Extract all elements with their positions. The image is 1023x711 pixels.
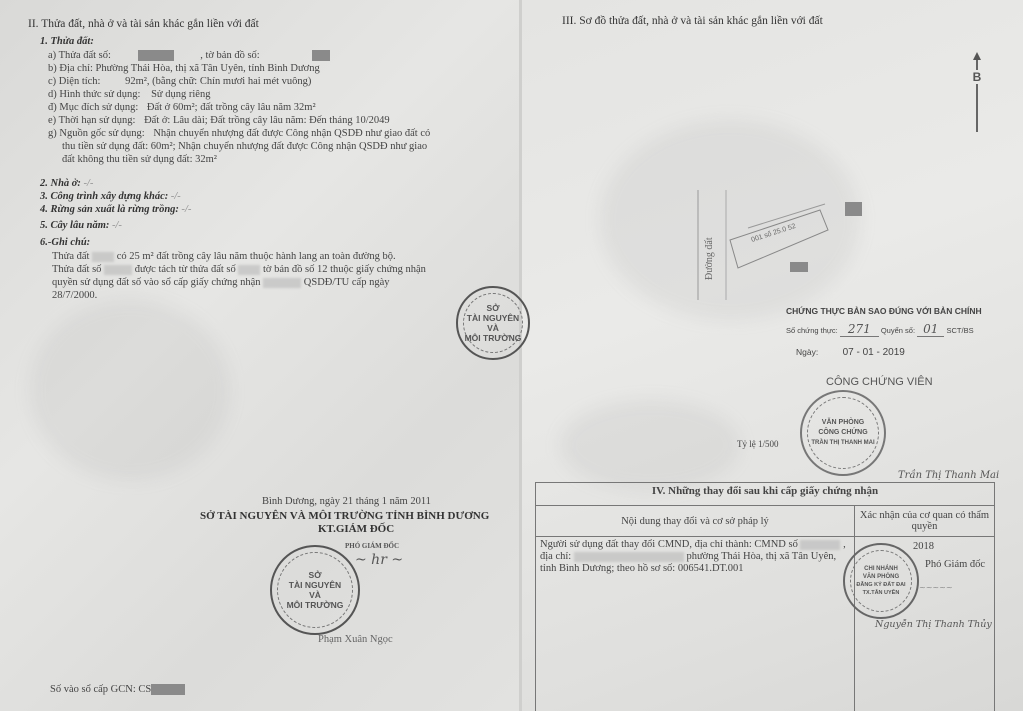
stamp-text: CÔNG CHỨNG bbox=[818, 428, 867, 438]
origin-label: g) Nguồn gốc sử dụng: bbox=[48, 128, 145, 139]
usage-purpose-label: đ) Mục đích sử dụng: bbox=[48, 102, 138, 113]
notes-text: Thửa đất bbox=[52, 251, 89, 262]
certification-date-label: Ngày: bbox=[796, 347, 818, 357]
certification-title: CHỨNG THỰC BẢN SAO ĐÚNG VỚI BẢN CHÍNH bbox=[786, 306, 982, 316]
notary-signature: Trần Thị Thanh Mai bbox=[898, 470, 999, 481]
changes-column-content: Nội dung thay đổi và cơ sở pháp lý bbox=[536, 506, 855, 537]
other-construction-row: 3. Công trình xây dựng khác: -/- bbox=[40, 191, 181, 203]
redacted-text bbox=[800, 540, 840, 550]
other-construction-heading: 3. Công trình xây dựng khác: bbox=[40, 191, 168, 202]
certification-date-row: Ngày: 07 - 01 - 2019 bbox=[796, 347, 905, 358]
house-value: -/- bbox=[84, 178, 94, 189]
address-row: b) Địa chỉ: Phường Thái Hòa, thị xã Tân … bbox=[48, 63, 320, 75]
change-confirmation-cell: CHI NHÁNH VĂN PHÒNG ĐĂNG KÝ ĐẤT ĐAI TX.T… bbox=[855, 537, 995, 711]
stamp-text: TX.TÂN UYÊN bbox=[863, 589, 900, 597]
book-label: Quyển số: bbox=[881, 326, 915, 335]
compass-arrowhead-icon bbox=[973, 52, 981, 60]
redacted-text bbox=[104, 265, 132, 275]
scan-smudge bbox=[560, 400, 740, 490]
forest-row: 4. Rừng sản xuất là rừng trồng: -/- bbox=[40, 204, 191, 216]
stamp-text: TÀI NGUYÊN bbox=[289, 580, 341, 590]
notes-text: được tách từ thửa đất số bbox=[135, 264, 236, 275]
notes-text: quyền sử dụng đất số vào sổ cấp giấy chứ… bbox=[52, 277, 261, 288]
usage-term-value: Đất ở: Lâu dài; Đất trồng cây lâu năm: Đ… bbox=[144, 115, 390, 126]
confirmation-role: Phó Giám đốc bbox=[925, 559, 985, 571]
road-label: Đường đất bbox=[704, 237, 715, 280]
usage-form-label: d) Hình thức sử dụng: bbox=[48, 89, 140, 100]
registry-label: Số vào sổ cấp GCN: CS bbox=[50, 684, 151, 695]
perennial-heading: 5. Cây lâu năm: bbox=[40, 220, 109, 231]
certification-date-value: 07 - 01 - 2019 bbox=[843, 347, 905, 358]
signer-role: KT.GIÁM ĐỐC bbox=[318, 523, 394, 535]
director-signature: ~ hr ~ bbox=[355, 552, 403, 568]
stamp-text: MÔI TRƯỜNG bbox=[465, 333, 522, 343]
notes-text: QSDĐ/TU cấp ngày bbox=[304, 277, 390, 288]
notes-line-1: Thửa đất có 25 m² đất trồng cây lâu năm … bbox=[52, 251, 396, 263]
other-construction-value: -/- bbox=[171, 191, 181, 202]
stamp-text: VĂN PHÒNG bbox=[863, 573, 899, 581]
forest-value: -/- bbox=[182, 204, 192, 215]
redacted-text bbox=[263, 278, 301, 288]
origin-line-1: Nhận chuyển nhượng đất được Công nhận QS… bbox=[153, 128, 430, 139]
perennial-value: -/- bbox=[112, 220, 122, 231]
section-ii-title: II. Thửa đất, nhà ở và tài sản khác gắn … bbox=[28, 18, 259, 30]
notes-line-3: quyền sử dụng đất số vào sổ cấp giấy chứ… bbox=[52, 277, 390, 289]
stamp-text: VĂN PHÒNG bbox=[822, 418, 864, 428]
parcel-label: 001 số 25.0 52 bbox=[750, 221, 797, 244]
notary-label: CÔNG CHỨNG VIÊN bbox=[826, 376, 933, 388]
stamp-text: SỞ bbox=[309, 570, 322, 580]
perennial-row: 5. Cây lâu năm: -/- bbox=[40, 220, 122, 232]
notes-text: Thửa đất số bbox=[52, 264, 101, 275]
book-suffix: SCT/BS bbox=[947, 326, 974, 335]
notes-heading: 6.-Ghi chú: bbox=[40, 237, 90, 249]
area-row: c) Diện tích: 92m², (bằng chữ: Chín mươi… bbox=[48, 76, 311, 88]
registry-number-row: Số vào sổ cấp GCN: CS bbox=[50, 684, 185, 696]
north-arrow: B bbox=[970, 52, 984, 132]
area-label: c) Diện tích: bbox=[48, 76, 100, 87]
origin-line-3: đất không thu tiền sử dụng đất: 32m² bbox=[62, 154, 217, 166]
section-iii-title: III. Sơ đồ thửa đất, nhà ở và tài sản kh… bbox=[562, 15, 823, 27]
signer-name: Phạm Xuân Ngọc bbox=[318, 634, 393, 646]
confirmation-date: 2018 bbox=[913, 541, 934, 553]
changes-column-confirmation: Xác nhận của cơ quan có thẩm quyền bbox=[855, 506, 995, 537]
parcel-diagram: Đường đất 001 số 25.0 52 bbox=[690, 190, 880, 300]
stamp-text: TRẦN THỊ THANH MAI bbox=[811, 438, 874, 448]
branch-office-stamp: CHI NHÁNH VĂN PHÒNG ĐĂNG KÝ ĐẤT ĐAI TX.T… bbox=[843, 543, 919, 619]
stamp-text: VÀ bbox=[309, 590, 321, 600]
certification-number-value: 271 bbox=[840, 322, 879, 337]
stamp-text: CHI NHÁNH bbox=[864, 565, 898, 573]
usage-term-row: e) Thời hạn sử dụng: Đất ở: Lâu dài; Đất… bbox=[48, 115, 390, 127]
change-content-cell: Người sử dụng đất thay đổi CMND, địa chỉ… bbox=[536, 537, 855, 711]
redacted-parcel-number bbox=[138, 50, 174, 61]
area-value: 92m², (bằng chữ: Chín mươi hai mét vuông… bbox=[125, 76, 311, 87]
scan-smudge bbox=[30, 300, 230, 480]
signer-sub-role: PHÓ GIÁM ĐỐC bbox=[345, 540, 399, 552]
usage-form-row: d) Hình thức sử dụng: Sử dụng riêng bbox=[48, 89, 210, 101]
redacted-registry-number bbox=[151, 684, 185, 695]
book-value: 01 bbox=[917, 322, 944, 337]
certification-number-row: Số chứng thực: 271 Quyển số: 01 SCT/BS bbox=[786, 322, 974, 336]
usage-form-value: Sử dụng riêng bbox=[151, 89, 210, 100]
notes-line-2: Thửa đất số được tách từ thửa đất số tờ … bbox=[52, 264, 426, 276]
stamp-text: ĐĂNG KÝ ĐẤT ĐAI bbox=[856, 581, 905, 589]
certification-number-label: Số chứng thực: bbox=[786, 326, 838, 335]
redacted-text bbox=[92, 252, 114, 262]
notary-stamp: VĂN PHÒNG CÔNG CHỨNG TRẦN THỊ THANH MAI bbox=[800, 390, 886, 476]
stamp-text: VÀ bbox=[487, 323, 499, 333]
stamp-text: SỞ bbox=[487, 303, 500, 313]
confirmation-signature-mark: ~~~~~ bbox=[919, 583, 953, 592]
agency-stamp-top: SỞ TÀI NGUYÊN VÀ MÔI TRƯỜNG bbox=[456, 286, 530, 360]
issuing-agency: SỞ TÀI NGUYÊN VÀ MÔI TRƯỜNG TỈNH BÌNH DƯ… bbox=[200, 510, 489, 522]
land-heading: 1. Thửa đất: bbox=[40, 36, 94, 48]
notes-text: tờ bản đồ số 12 thuộc giấy chứng nhận bbox=[263, 264, 426, 275]
change-text: 006541.DT.001 bbox=[678, 563, 744, 574]
redacted-text bbox=[238, 265, 260, 275]
usage-purpose-value: Đất ở 60m²; đất trồng cây lâu năm 32m² bbox=[147, 102, 316, 113]
issue-date-line: Bình Dương, ngày 21 tháng 1 năm 2011 bbox=[262, 496, 431, 508]
notes-text: có 25 m² đất trồng cây lâu năm thuộc hàn… bbox=[117, 251, 396, 262]
usage-term-label: e) Thời hạn sử dụng: bbox=[48, 115, 135, 126]
forest-heading: 4. Rừng sản xuất là rừng trồng: bbox=[40, 204, 179, 215]
change-text: Người sử dụng đất thay đổi CMND, địa chỉ… bbox=[540, 539, 798, 550]
parcel-number-label: a) Thửa đất số: bbox=[48, 50, 111, 61]
usage-purpose-row: đ) Mục đích sử dụng: Đất ở 60m²; đất trồ… bbox=[48, 102, 316, 114]
notes-line-4: 28/7/2000. bbox=[52, 290, 97, 302]
agency-stamp-bottom: SỞ TÀI NGUYÊN VÀ MÔI TRƯỜNG bbox=[270, 545, 360, 635]
redacted-text bbox=[574, 552, 684, 562]
changes-title: IV. Những thay đổi sau khi cấp giấy chứn… bbox=[536, 483, 995, 506]
compass-label: B bbox=[970, 70, 984, 84]
confirmation-signer: Nguyễn Thị Thanh Thủy bbox=[875, 619, 992, 630]
redacted-map-sheet bbox=[312, 50, 330, 61]
parcel-number-row: a) Thửa đất số: , tờ bản đồ số: bbox=[48, 50, 330, 62]
origin-row: g) Nguồn gốc sử dụng: Nhận chuyển nhượng… bbox=[48, 128, 430, 140]
map-scale: Tỷ lệ 1/500 bbox=[737, 438, 779, 450]
house-heading: 2. Nhà ở: bbox=[40, 178, 81, 189]
stamp-text: TÀI NGUYÊN bbox=[467, 313, 519, 323]
stamp-text: MÔI TRƯỜNG bbox=[287, 600, 344, 610]
page-fold bbox=[519, 0, 522, 711]
map-sheet-label: , tờ bản đồ số: bbox=[200, 50, 260, 61]
changes-table: IV. Những thay đổi sau khi cấp giấy chứn… bbox=[535, 482, 995, 711]
house-row: 2. Nhà ở: -/- bbox=[40, 178, 93, 190]
origin-line-2: thu tiền sử dụng đất: 60m²; Nhận chuyển … bbox=[62, 141, 427, 153]
